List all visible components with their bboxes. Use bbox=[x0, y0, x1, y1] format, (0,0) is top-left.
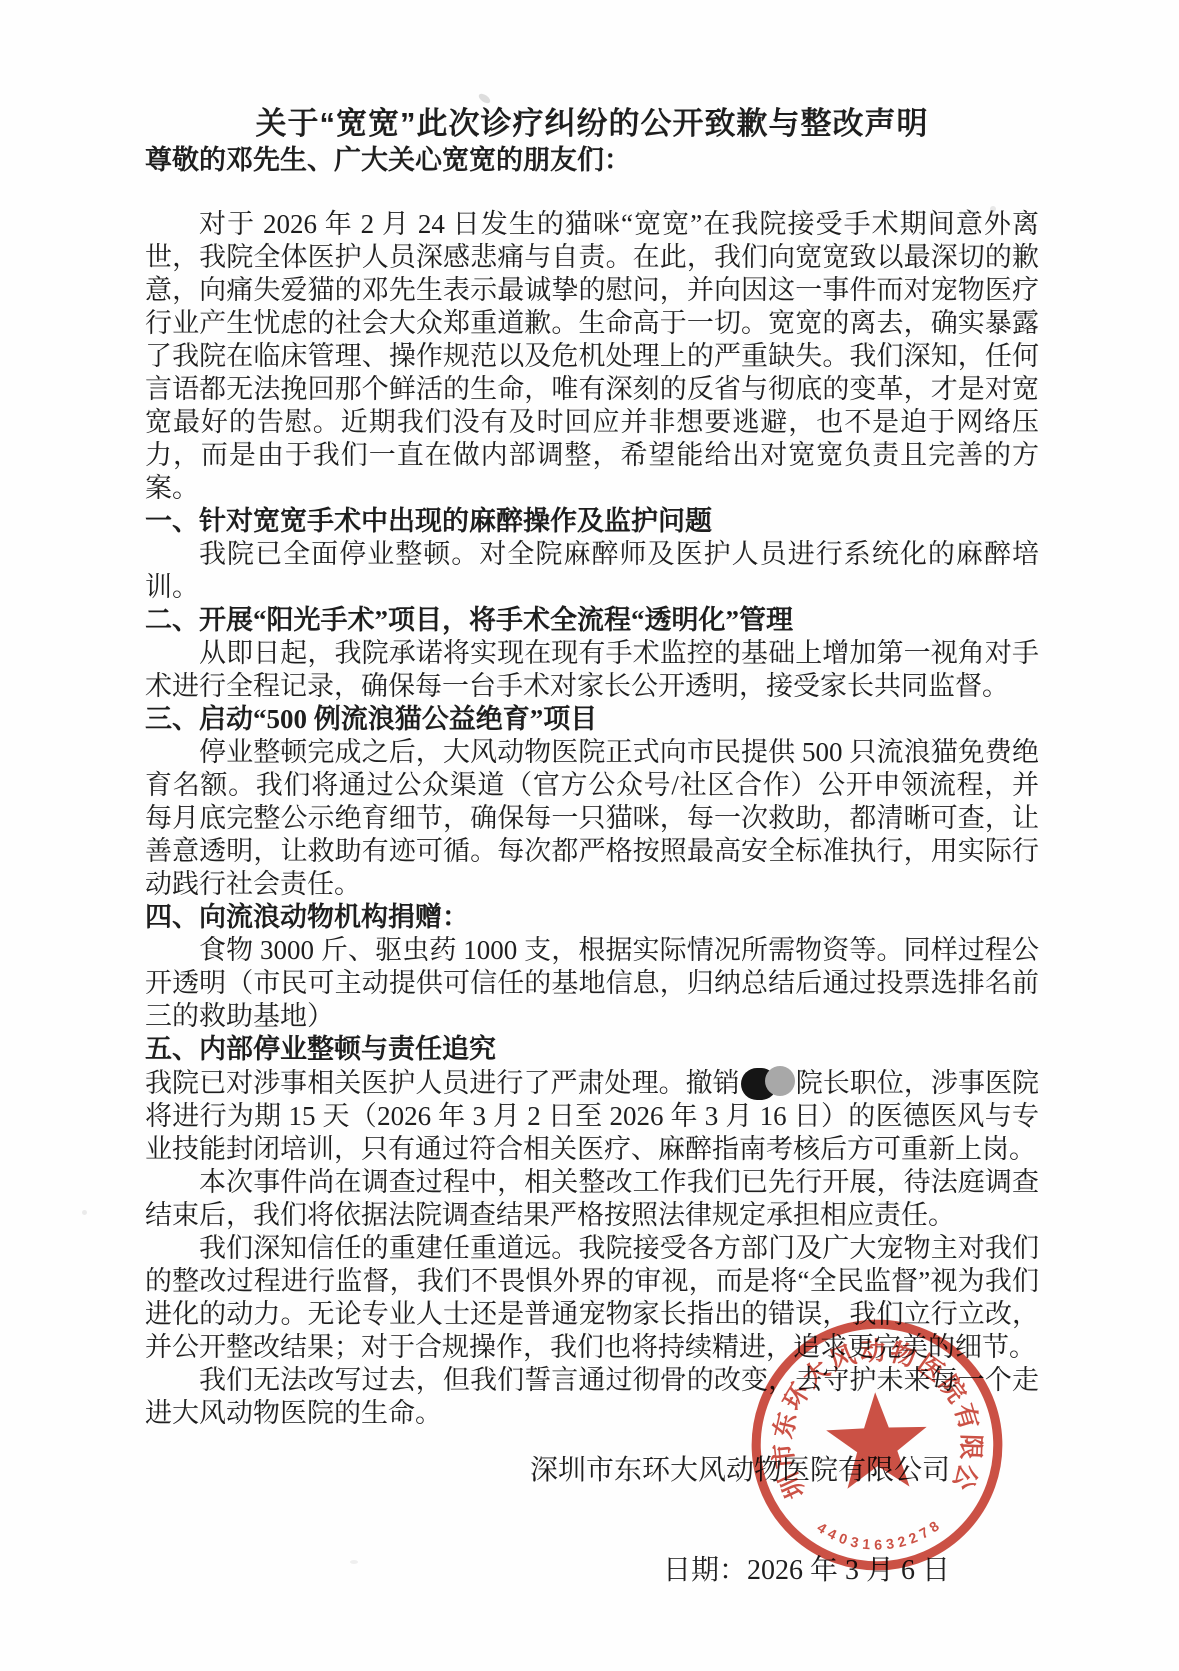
document-title: 关于“宽宽”此次诊疗纠纷的公开致歉与整改声明 bbox=[145, 104, 1039, 144]
seal-star-icon bbox=[825, 1390, 929, 1489]
section-2-body: 从即日起，我院承诺将实现在现有手术监控的基础上增加第一视角对手术进行全程记录，确… bbox=[145, 637, 1039, 703]
scan-artifact bbox=[990, 206, 996, 212]
section-1-heading: 一、针对宽宽手术中出现的麻醉操作及监护问题 bbox=[145, 505, 1039, 538]
redaction-mark bbox=[741, 1066, 795, 1100]
redaction-blob-gray bbox=[765, 1066, 795, 1096]
scan-artifact bbox=[350, 1560, 358, 1564]
section-5-heading: 五、内部停业整顿与责任追究 bbox=[145, 1033, 1039, 1066]
section-5-body: 我院已对涉事相关医护人员进行了严肃处理。撤销院长职位，涉事医院将进行为期 15 … bbox=[145, 1066, 1039, 1166]
intro-paragraph: 对于 2026 年 2 月 24 日发生的猫咪“宽宽”在我院接受手术期间意外离世… bbox=[145, 208, 1039, 505]
closing-paragraph-1: 本次事件尚在调查过程中，相关整改工作我们已先行开展，待法庭调查结束后，我们将依据… bbox=[145, 1166, 1039, 1232]
section-1-body: 我院已全面停业整顿。对全院麻醉师及医护人员进行系统化的麻醉培训。 bbox=[145, 538, 1039, 604]
section-4-body: 食物 3000 斤、驱虫药 1000 支，根据实际情况所需物资等。同样过程公开透… bbox=[145, 934, 1039, 1033]
section-5-text-before-redaction: 我院已对涉事相关医护人员进行了严肃处理。撤销 bbox=[145, 1068, 740, 1098]
scanned-letter: 关于“宽宽”此次诊疗纠纷的公开致歉与整改声明 尊敬的邓先生、广大关心宽宽的朋友们… bbox=[0, 0, 1179, 1671]
seal-serial-number: 44031632278 bbox=[813, 1516, 947, 1556]
company-seal-svg: 深圳市东环大风动物医院有限公司 44031632278 bbox=[739, 1307, 1014, 1582]
section-3-heading: 三、启动“500 例流浪猫公益绝育”项目 bbox=[145, 703, 1039, 736]
section-4-heading: 四、向流浪动物机构捐赠： bbox=[145, 901, 1039, 934]
scan-artifact bbox=[82, 1210, 87, 1215]
company-seal-stamp: 深圳市东环大风动物医院有限公司 44031632278 bbox=[739, 1307, 1014, 1582]
salutation: 尊敬的邓先生、广大关心宽宽的朋友们： bbox=[145, 144, 1039, 177]
section-3-body: 停业整顿完成之后，大风动物医院正式向市民提供 500 只流浪猫免费绝育名额。我们… bbox=[145, 736, 1039, 901]
section-2-heading: 二、开展“阳光手术”项目，将手术全流程“透明化”管理 bbox=[145, 604, 1039, 637]
